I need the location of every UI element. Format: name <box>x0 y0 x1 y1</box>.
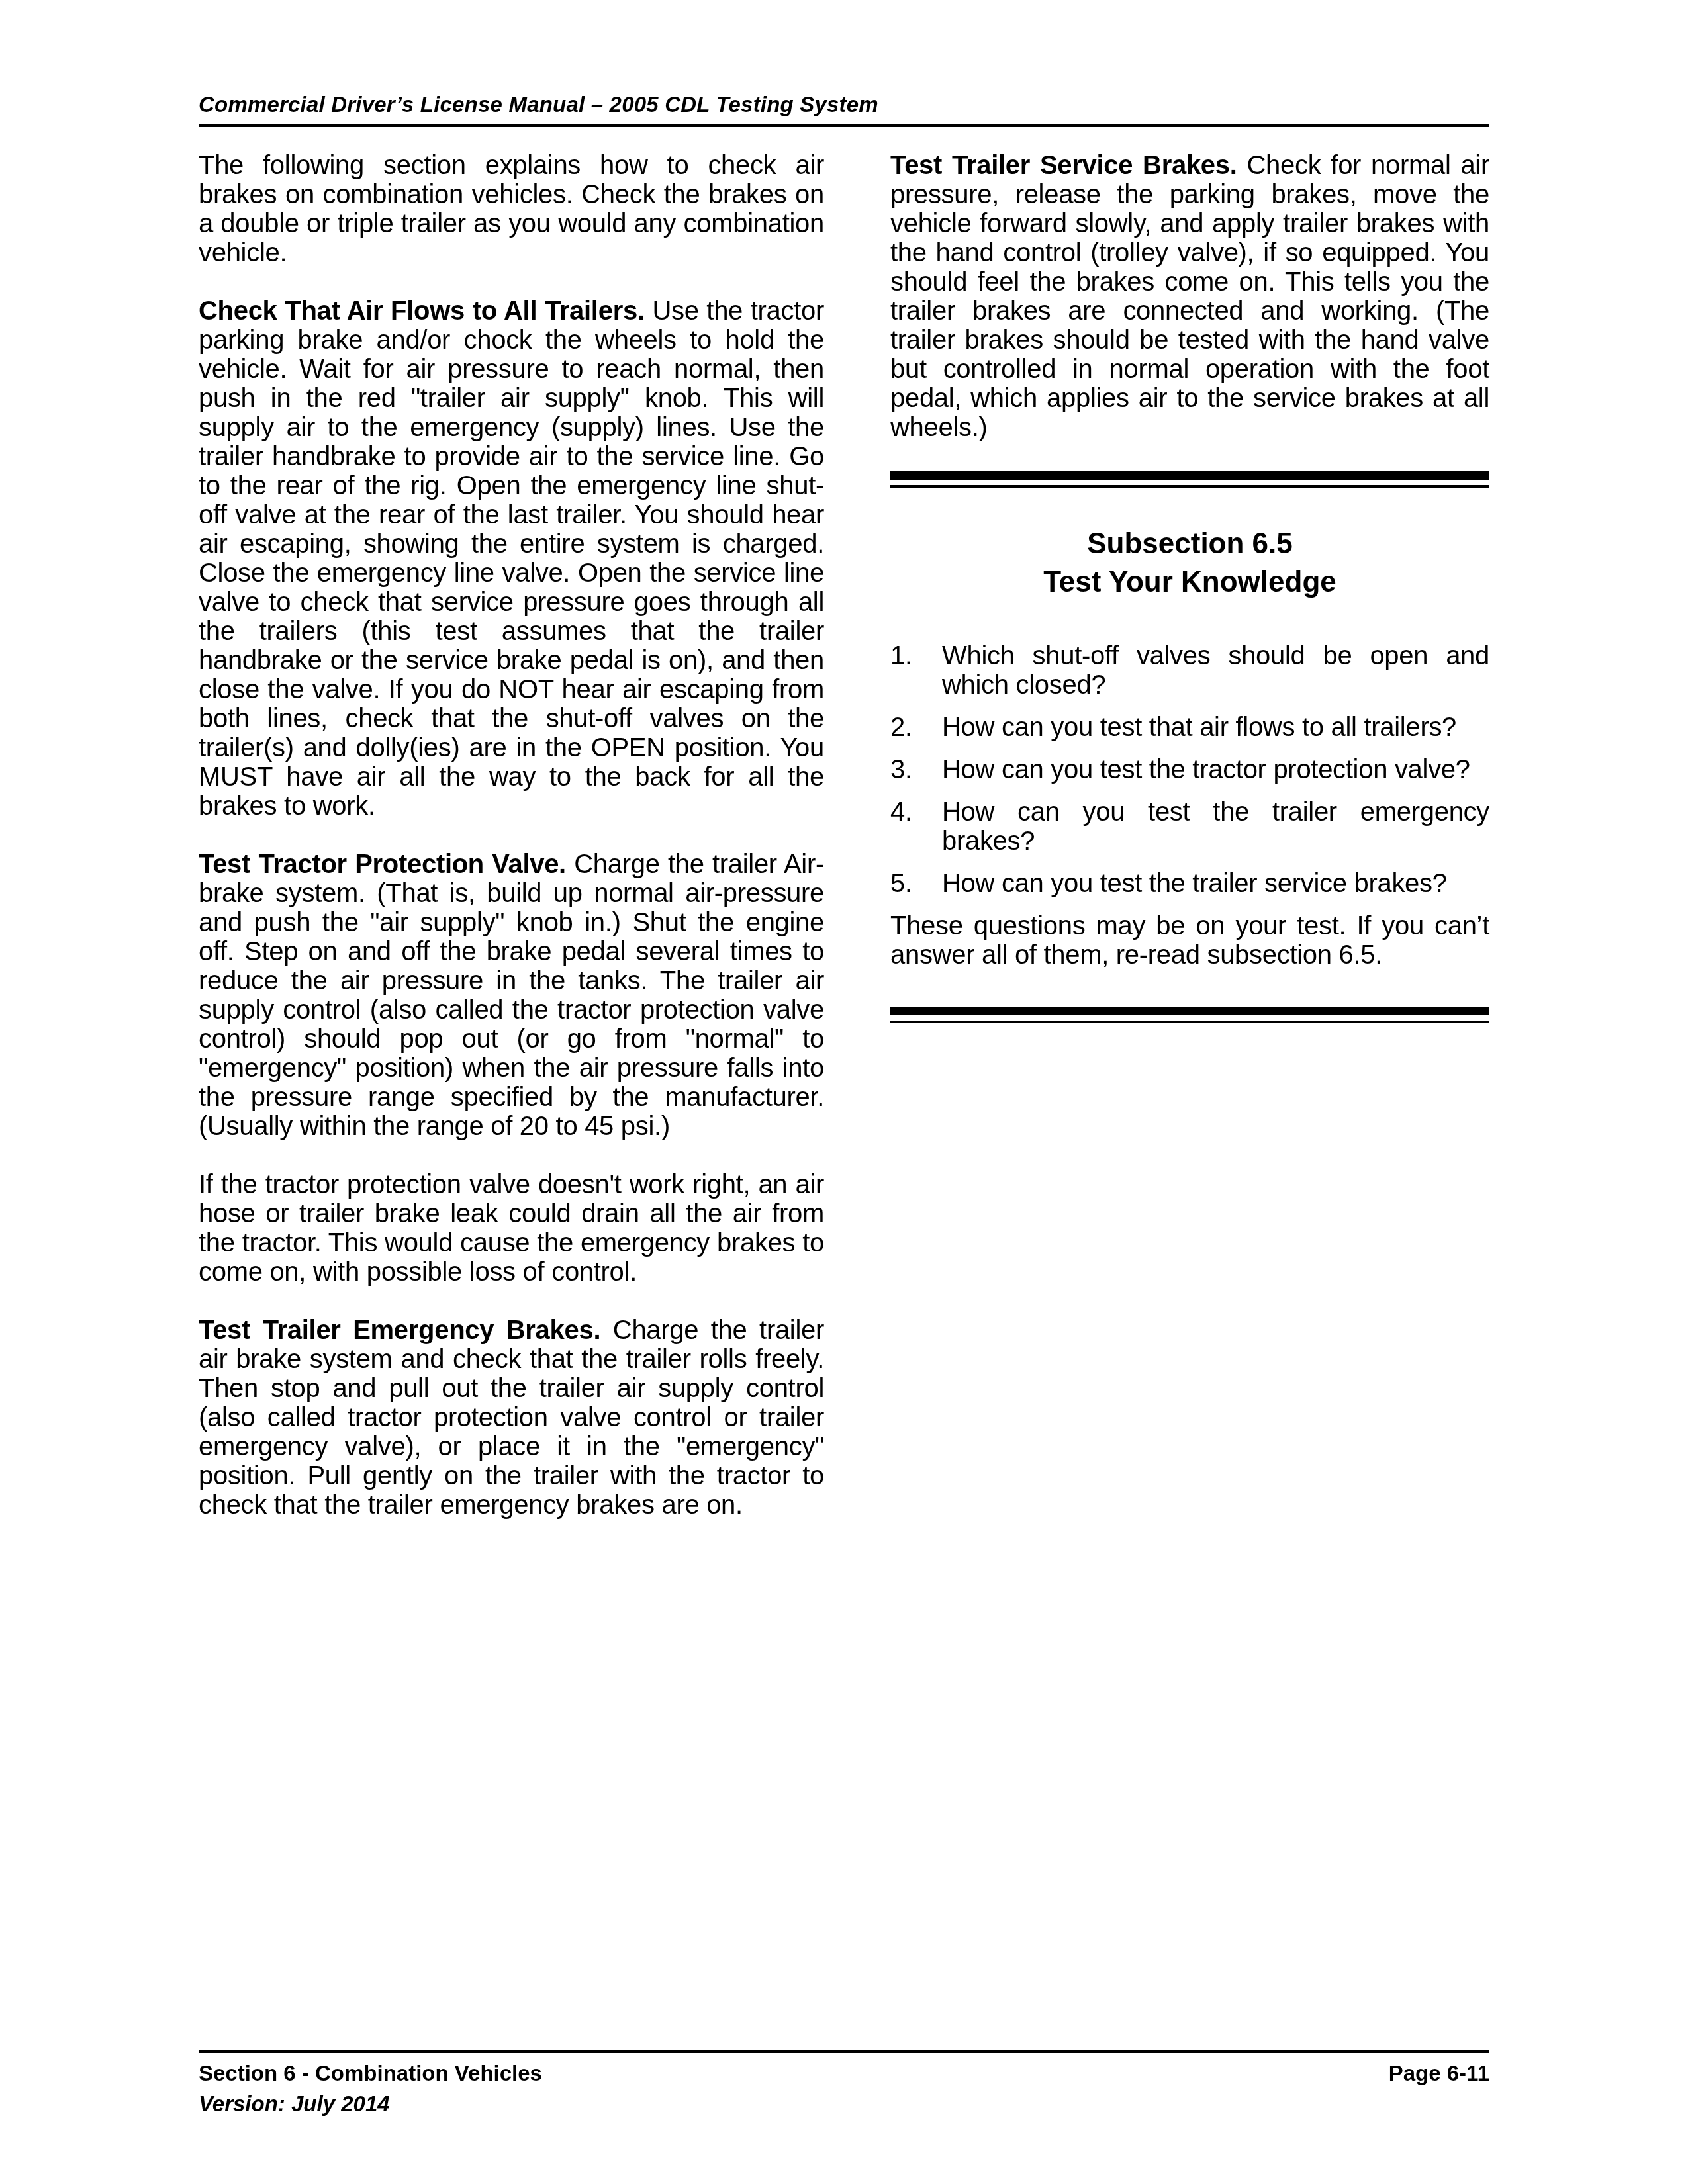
footer-section-title: Section 6 - Combination Vehicles <box>199 2058 542 2089</box>
subsection-title: Subsection 6.5 Test Your Knowledge <box>890 525 1489 602</box>
question-item: 2. How can you test that air flows to al… <box>890 713 1489 742</box>
question-item: 4. How can you test the trailer emergenc… <box>890 797 1489 856</box>
paragraph-intro: The following section explains how to ch… <box>199 151 824 267</box>
right-column: Test Trailer Service Brakes. Check for n… <box>890 151 1489 1549</box>
paragraph-valve-failure: If the tractor protection valve doesn't … <box>199 1170 824 1287</box>
question-item: 5. How can you test the trailer service … <box>890 869 1489 898</box>
paragraph-protection-valve: Test Tractor Protection Valve. Charge th… <box>199 850 824 1141</box>
question-item: 3. How can you test the tractor protecti… <box>890 755 1489 784</box>
page-header: Commercial Driver’s License Manual – 200… <box>199 91 1489 127</box>
paragraph-text: Charge the trailer Air-brake system. (Th… <box>199 850 824 1141</box>
question-text: Which shut-off valves should be open and… <box>942 641 1489 700</box>
question-number: 4. <box>890 797 942 856</box>
document-page: Commercial Driver’s License Manual – 200… <box>0 0 1688 2184</box>
paragraph-service-brakes: Test Trailer Service Brakes. Check for n… <box>890 151 1489 442</box>
question-number: 1. <box>890 641 942 700</box>
question-number: 5. <box>890 869 942 898</box>
paragraph-text: Use the tractor parking brake and/or cho… <box>199 296 824 821</box>
paragraph-lead: Test Trailer Service Brakes. <box>890 151 1237 180</box>
question-text: How can you test the tractor protection … <box>942 755 1489 784</box>
subsection-number: Subsection 6.5 <box>890 525 1489 563</box>
subsection-heading: Test Your Knowledge <box>890 563 1489 602</box>
header-title: Commercial Driver’s License Manual – 200… <box>199 91 1489 118</box>
question-number: 3. <box>890 755 942 784</box>
question-item: 1. Which shut-off valves should be open … <box>890 641 1489 700</box>
subsection-divider-top <box>890 471 1489 488</box>
footer-version: Version: July 2014 <box>199 2089 542 2119</box>
closing-note: These questions may be on your test. If … <box>890 911 1489 970</box>
footer-left: Section 6 - Combination Vehicles Version… <box>199 2058 542 2119</box>
question-text: How can you test the trailer emergency b… <box>942 797 1489 856</box>
question-text: How can you test the trailer service bra… <box>942 869 1489 898</box>
question-list: 1. Which shut-off valves should be open … <box>890 641 1489 898</box>
two-column-body: The following section explains how to ch… <box>199 151 1489 1549</box>
footer-page-number: Page 6-11 <box>1389 2058 1489 2089</box>
header-rule <box>199 124 1489 127</box>
subsection-divider-bottom <box>890 1007 1489 1023</box>
paragraph-text: Check for normal air pressure, release t… <box>890 151 1489 442</box>
left-column: The following section explains how to ch… <box>199 151 824 1549</box>
paragraph-lead: Test Trailer Emergency Brakes. <box>199 1316 600 1345</box>
question-text: How can you test that air flows to all t… <box>942 713 1489 742</box>
paragraph-emergency-brakes: Test Trailer Emergency Brakes. Charge th… <box>199 1316 824 1520</box>
paragraph-lead: Check That Air Flows to All Trailers. <box>199 296 645 326</box>
paragraph-air-flows: Check That Air Flows to All Trailers. Us… <box>199 296 824 821</box>
paragraph-text: Charge the trailer air brake system and … <box>199 1316 824 1520</box>
question-number: 2. <box>890 713 942 742</box>
paragraph-lead: Test Tractor Protection Valve. <box>199 850 566 879</box>
page-footer: Section 6 - Combination Vehicles Version… <box>199 2050 1489 2119</box>
